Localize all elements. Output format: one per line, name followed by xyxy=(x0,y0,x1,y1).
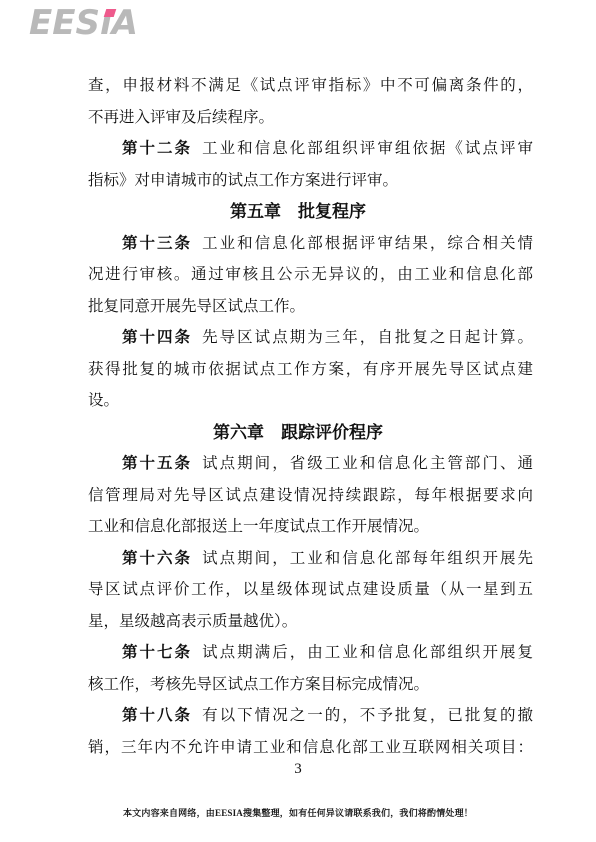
line-text: 信管理局对先导区试点建设情况持续跟踪，每年根据要求向 xyxy=(88,487,533,504)
article-number: 第十五条 xyxy=(122,455,192,472)
document-line: 指标》对申请城市的试点工作方案进行评审。 xyxy=(88,165,533,197)
document-line: 星，星级越高表示质量越优）。 xyxy=(88,606,533,638)
line-text: 不再进入评审及后续程序。 xyxy=(88,109,274,126)
footer-disclaimer: 本文内容来自网络，由EESIA搜集整理，如有任何异议请联系我们，我们将酌情处理！ xyxy=(0,806,596,819)
line-text: 况进行审核。通过审核且公示无异议的，由工业和信息化部 xyxy=(88,266,533,283)
line-text: 获得批复的城市依据试点工作方案，有序开展先导区试点建 xyxy=(88,361,533,378)
article-number: 第十六条 xyxy=(122,550,192,567)
document-line: 不再进入评审及后续程序。 xyxy=(88,102,533,134)
document-page: EESıA 查，申报材料不满足《试点评审指标》中不可偏离条件的，不再进入评审及后… xyxy=(0,0,596,842)
article-number: 第十二条 xyxy=(122,140,192,157)
chapter-title-text: 第六章 跟踪评价程序 xyxy=(213,423,383,442)
line-text: 核工作，考核先导区试点工作方案目标完成情况。 xyxy=(88,676,429,693)
line-text: 试点期间，工业和信息化部每年组织开展先 xyxy=(200,550,533,567)
document-line: 第十六条试点期间，工业和信息化部每年组织开展先 xyxy=(88,543,533,575)
chapter-heading: 第五章 批复程序 xyxy=(63,196,533,228)
document-line: 设。 xyxy=(88,385,533,417)
line-text: 试点期满后，由工业和信息化部组织开展复 xyxy=(200,644,533,661)
document-line: 工业和信息化部报送上一年度试点工作开展情况。 xyxy=(88,511,533,543)
line-text: 工业和信息化部报送上一年度试点工作开展情况。 xyxy=(88,518,429,535)
document-line: 查，申报材料不满足《试点评审指标》中不可偏离条件的， xyxy=(88,70,533,102)
line-text: 试点期间，省级工业和信息化主管部门、通 xyxy=(200,455,533,472)
line-text: 指标》对申请城市的试点工作方案进行评审。 xyxy=(88,172,398,189)
document-line: 第十八条有以下情况之一的，不予批复，已批复的撤 xyxy=(88,700,533,732)
document-line: 核工作，考核先导区试点工作方案目标完成情况。 xyxy=(88,669,533,701)
article-number: 第十七条 xyxy=(122,644,192,661)
document-line: 获得批复的城市依据试点工作方案，有序开展先导区试点建 xyxy=(88,354,533,386)
document-line: 况进行审核。通过审核且公示无异议的，由工业和信息化部 xyxy=(88,259,533,291)
line-text: 导区试点评价工作，以星级体现试点建设质量（从一星到五 xyxy=(88,581,533,598)
chapter-heading: 第六章 跟踪评价程序 xyxy=(63,417,533,449)
article-number: 第十八条 xyxy=(122,707,192,724)
line-text: 设。 xyxy=(88,392,119,409)
line-text: 有以下情况之一的，不予批复，已批复的撤 xyxy=(200,707,533,724)
document-line: 第十七条试点期满后，由工业和信息化部组织开展复 xyxy=(88,637,533,669)
line-text: 星，星级越高表示质量越优）。 xyxy=(88,613,297,630)
line-text: 销，三年内不允许申请工业和信息化部工业互联网相关项目： xyxy=(88,739,533,756)
line-text: 工业和信息化部根据评审结果，综合相关情 xyxy=(200,235,533,252)
line-text: 查，申报材料不满足《试点评审指标》中不可偏离条件的， xyxy=(88,77,533,94)
document-line: 第十四条先导区试点期为三年，自批复之日起计算。 xyxy=(88,322,533,354)
line-text: 先导区试点期为三年，自批复之日起计算。 xyxy=(200,329,533,346)
line-text: 工业和信息化部组织评审组依据《试点评审 xyxy=(200,140,533,157)
page-number: 3 xyxy=(0,761,596,778)
document-line: 第十三条工业和信息化部根据评审结果，综合相关情 xyxy=(88,228,533,260)
article-number: 第十三条 xyxy=(122,235,192,252)
document-line: 导区试点评价工作，以星级体现试点建设质量（从一星到五 xyxy=(88,574,533,606)
document-line: 信管理局对先导区试点建设情况持续跟踪，每年根据要求向 xyxy=(88,480,533,512)
line-text: 批复同意开展先导区试点工作。 xyxy=(88,298,305,315)
document-line: 批复同意开展先导区试点工作。 xyxy=(88,291,533,323)
document-line: 销，三年内不允许申请工业和信息化部工业互联网相关项目： xyxy=(88,732,533,764)
article-number: 第十四条 xyxy=(122,329,192,346)
document-line: 第十五条试点期间，省级工业和信息化主管部门、通 xyxy=(88,448,533,480)
document-text-block: 查，申报材料不满足《试点评审指标》中不可偏离条件的，不再进入评审及后续程序。第十… xyxy=(88,70,533,763)
logo-text-prefix: EES xyxy=(29,3,100,43)
chapter-title-text: 第五章 批复程序 xyxy=(230,202,366,221)
eesia-logo: EESıA xyxy=(29,2,138,44)
document-line: 第十二条工业和信息化部组织评审组依据《试点评审 xyxy=(88,133,533,165)
